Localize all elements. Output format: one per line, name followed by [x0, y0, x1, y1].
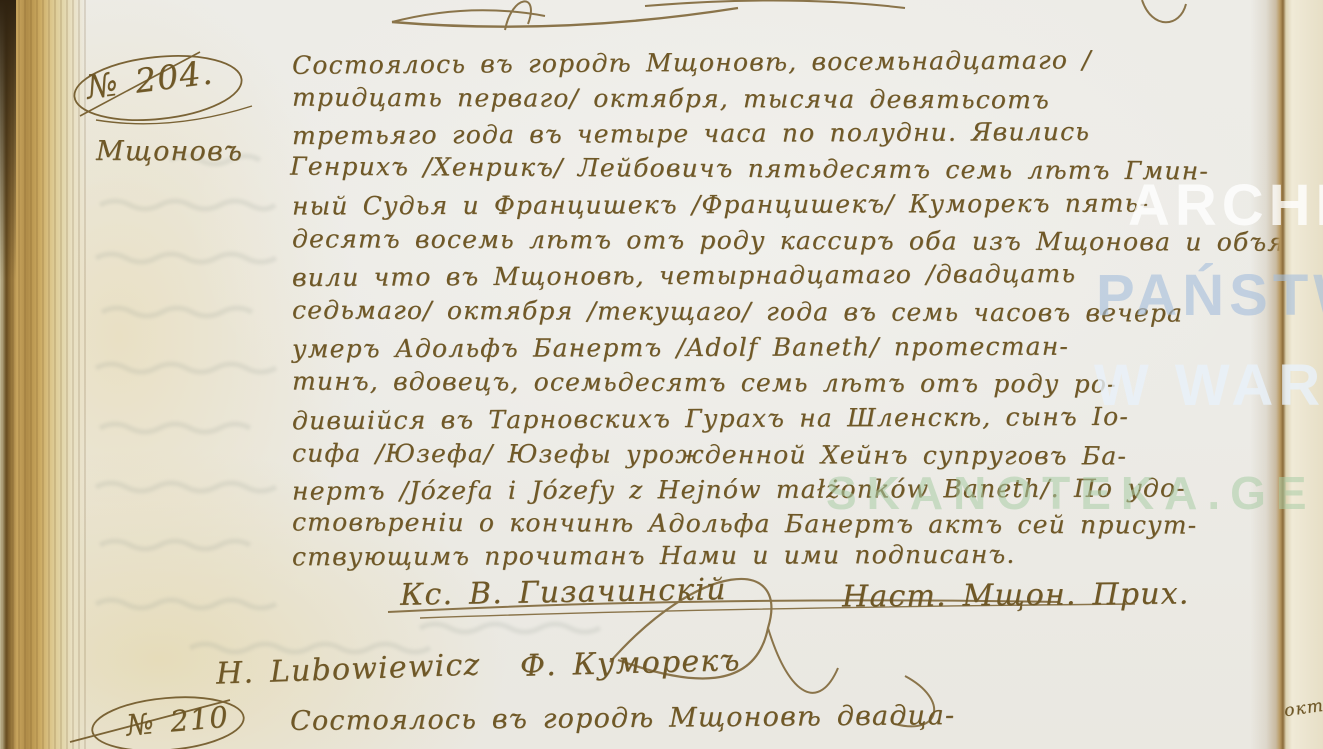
record-number-margin: № 204. — [84, 52, 215, 106]
record-line: умеръ Адольфъ Банертъ /Adolf Baneth/ про… — [292, 332, 1069, 364]
record-line: третьяго года въ четыре часа по полудни.… — [292, 117, 1090, 150]
record-line: ствующимъ прочитанъ Нами и ими подписанъ… — [292, 540, 1016, 572]
record-line: Генрихъ /Хенрикъ/ Лейбовичъ пятьдесятъ с… — [290, 152, 1209, 186]
record-line: нертъ /Józefa i Józefy z Hejnów małżonkó… — [292, 473, 1186, 505]
page-fold-edge — [1250, 0, 1323, 749]
record-line: вили что въ Мщоновѣ, четырнадцатаго /два… — [292, 259, 1076, 292]
next-record-number: № 210 — [125, 700, 231, 743]
next-record-first-line: Состоялось въ городѣ Мщоновѣ двадца- — [290, 700, 956, 737]
witness-signature-2: Ф. Куморекъ — [520, 643, 741, 684]
record-line: стовѣреніи о кончинѣ Адольфа Банертъ акт… — [292, 507, 1197, 539]
record-line: тинъ, вдовецъ, осемьдесятъ семь лѣтъ отъ… — [292, 367, 1117, 399]
record-line: Состоялось въ городѣ Мщоновѣ, восемьнадц… — [292, 45, 1092, 80]
priest-title-signature: Наст. Мщон. Прих. — [842, 576, 1190, 614]
place-name-margin: Мщоновъ — [96, 136, 243, 167]
binding-top-shadow — [0, 0, 16, 280]
record-line: тридцать перваго/ октября, тысяча девять… — [292, 83, 1050, 115]
record-line: дившійся въ Тарновскихъ Гурахъ на Шленск… — [292, 402, 1129, 435]
priest-signature: Кс. В. Гизачинскій — [400, 572, 727, 613]
record-line: десятъ восемь лѣтъ отъ роду кассиръ оба … — [292, 224, 1295, 256]
record-line: седьмаго/ октября /текущаго/ года въ сем… — [292, 295, 1183, 327]
record-line: ный Судья и Францишекъ /Францишекъ/ Кумо… — [292, 189, 1149, 221]
witness-signature-1: H. Lubowiewicz — [215, 647, 481, 691]
record-line: сифа /Юзефа/ Юзефы урожденной Хейнъ супр… — [292, 439, 1127, 471]
scanned-register-page: № 204. Мщоновъ Состоялось въ городѣ Мщон… — [0, 0, 1323, 749]
